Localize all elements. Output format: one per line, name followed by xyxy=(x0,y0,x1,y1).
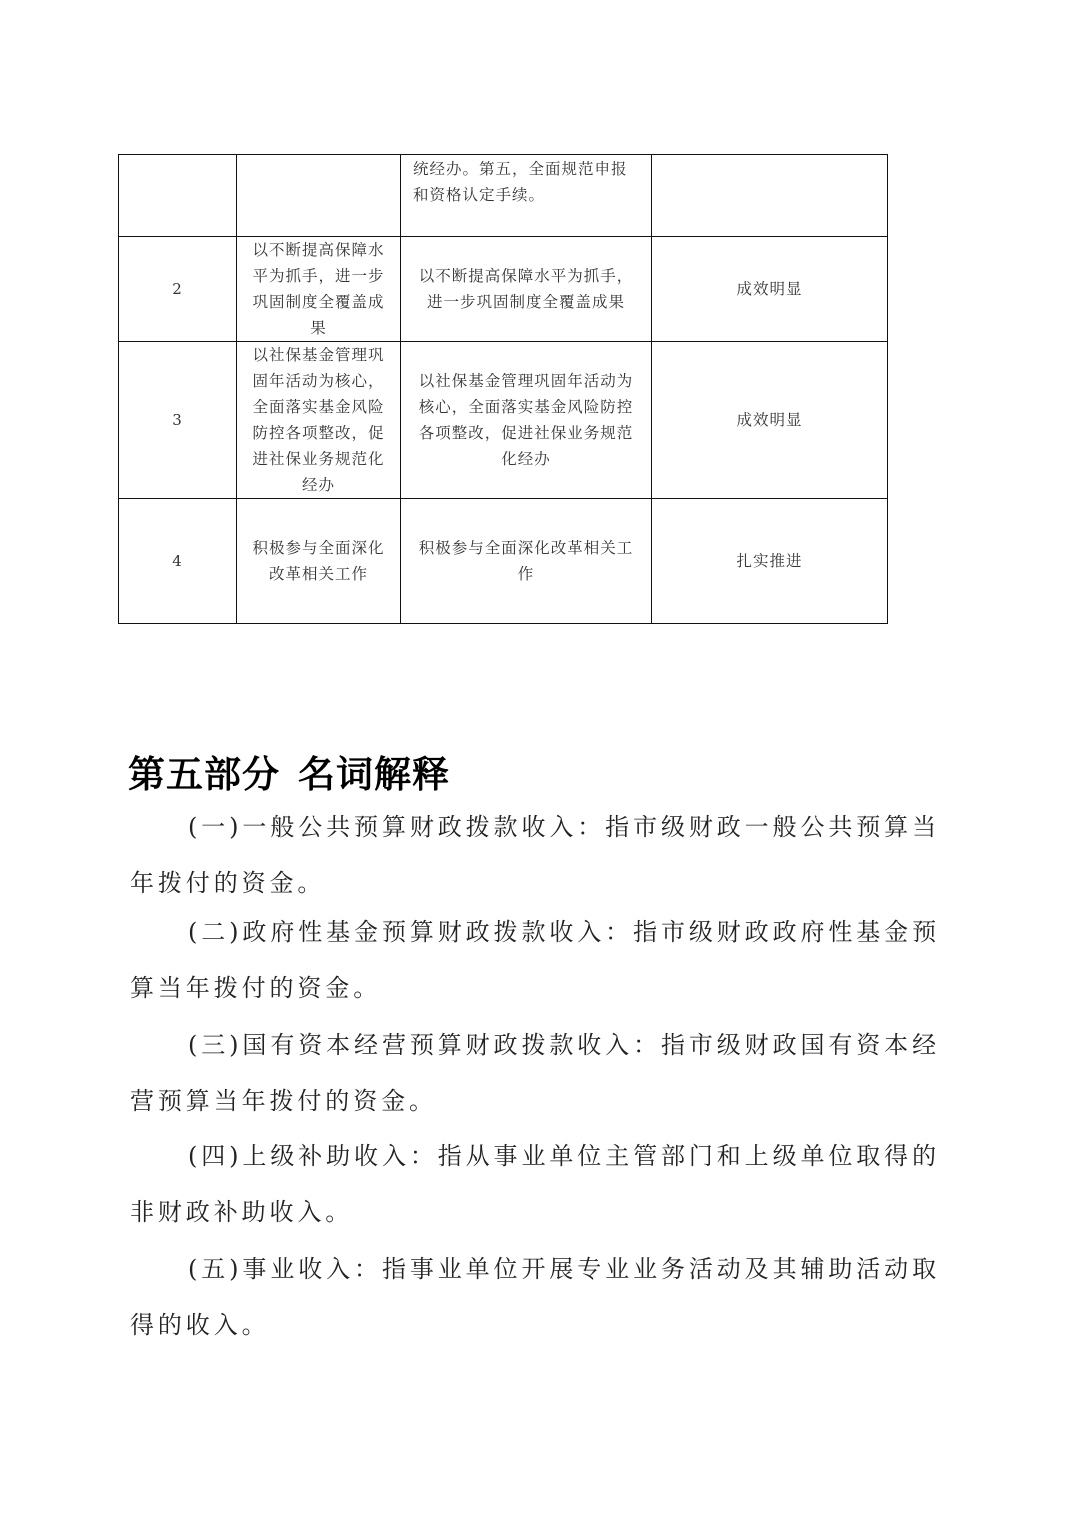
task-cell: 积极参与全面深化改革相关工作 xyxy=(237,499,401,624)
table-row: 3 以社保基金管理巩固年活动为核心，全面落实基金风险防控各项整改，促进社保业务规… xyxy=(119,342,888,499)
row-number: 2 xyxy=(172,280,183,298)
measure-cell: 以不断提高保障水平为抓手，进一步巩固制度全覆盖成果 xyxy=(401,237,652,342)
table-row: 4 积极参与全面深化改革相关工作 积极参与全面深化改革相关工作 扎实推进 xyxy=(119,499,888,624)
measure-cell: 积极参与全面深化改革相关工作 xyxy=(401,499,652,624)
result-text: 成效明显 xyxy=(736,411,802,429)
result-cell: 成效明显 xyxy=(652,342,888,499)
section-part-label: 第五部分 xyxy=(128,753,280,796)
definition-paragraph: (三)国有资本经营预算财政拨款收入：指市级财政国有资本经营预算当年拨付的资金。 xyxy=(130,1017,940,1129)
result-text: 扎实推进 xyxy=(736,552,802,570)
performance-table: 统经办。第五，全面规范申报和资格认定手续。 2 以不断提高保障水平为抓手，进一步… xyxy=(118,154,888,624)
row-number-cell xyxy=(119,155,237,237)
task-cell: 以不断提高保障水平为抓手，进一步巩固制度全覆盖成果 xyxy=(237,237,401,342)
row-number-cell: 3 xyxy=(119,342,237,499)
measure-text: 积极参与全面深化改革相关工作 xyxy=(412,535,640,587)
measure-text: 统经办。第五，全面规范申报和资格认定手续。 xyxy=(401,155,651,208)
definition-paragraph: (四)上级补助收入：指从事业单位主管部门和上级单位取得的非财政补助收入。 xyxy=(130,1128,940,1240)
row-number-cell: 4 xyxy=(119,499,237,624)
result-text: 成效明显 xyxy=(736,280,802,298)
row-number-cell: 2 xyxy=(119,237,237,342)
measure-cell: 以社保基金管理巩固年活动为核心，全面落实基金风险防控各项整改，促进社保业务规范化… xyxy=(401,342,652,499)
table-row: 2 以不断提高保障水平为抓手，进一步巩固制度全覆盖成果 以不断提高保障水平为抓手… xyxy=(119,237,888,342)
definition-paragraph: (五)事业收入：指事业单位开展专业业务活动及其辅助活动取得的收入。 xyxy=(130,1241,940,1353)
measure-text: 以社保基金管理巩固年活动为核心，全面落实基金风险防控各项整改，促进社保业务规范化… xyxy=(412,368,640,472)
result-cell: 成效明显 xyxy=(652,237,888,342)
measure-cell: 统经办。第五，全面规范申报和资格认定手续。 xyxy=(401,155,652,237)
task-text: 积极参与全面深化改革相关工作 xyxy=(252,535,386,587)
section-name: 名词解释 xyxy=(298,753,450,796)
row-number: 4 xyxy=(172,552,183,570)
definition-paragraph: (一)一般公共预算财政拨款收入：指市级财政一般公共预算当年拨付的资金。 xyxy=(130,799,940,911)
definition-paragraph: (二)政府性基金预算财政拨款收入：指市级财政政府性基金预算当年拨付的资金。 xyxy=(130,904,940,1016)
row-number: 3 xyxy=(172,411,183,429)
section-title: 第五部分名词解释 xyxy=(128,744,450,798)
task-cell: 以社保基金管理巩固年活动为核心，全面落实基金风险防控各项整改，促进社保业务规范化… xyxy=(237,342,401,499)
result-cell xyxy=(652,155,888,237)
measure-text: 以不断提高保障水平为抓手，进一步巩固制度全覆盖成果 xyxy=(412,263,640,315)
task-text: 以社保基金管理巩固年活动为核心，全面落实基金风险防控各项整改，促进社保业务规范化… xyxy=(252,342,386,498)
task-text: 以不断提高保障水平为抓手，进一步巩固制度全覆盖成果 xyxy=(252,237,386,341)
table-row: 统经办。第五，全面规范申报和资格认定手续。 xyxy=(119,155,888,237)
task-cell xyxy=(237,155,401,237)
result-cell: 扎实推进 xyxy=(652,499,888,624)
